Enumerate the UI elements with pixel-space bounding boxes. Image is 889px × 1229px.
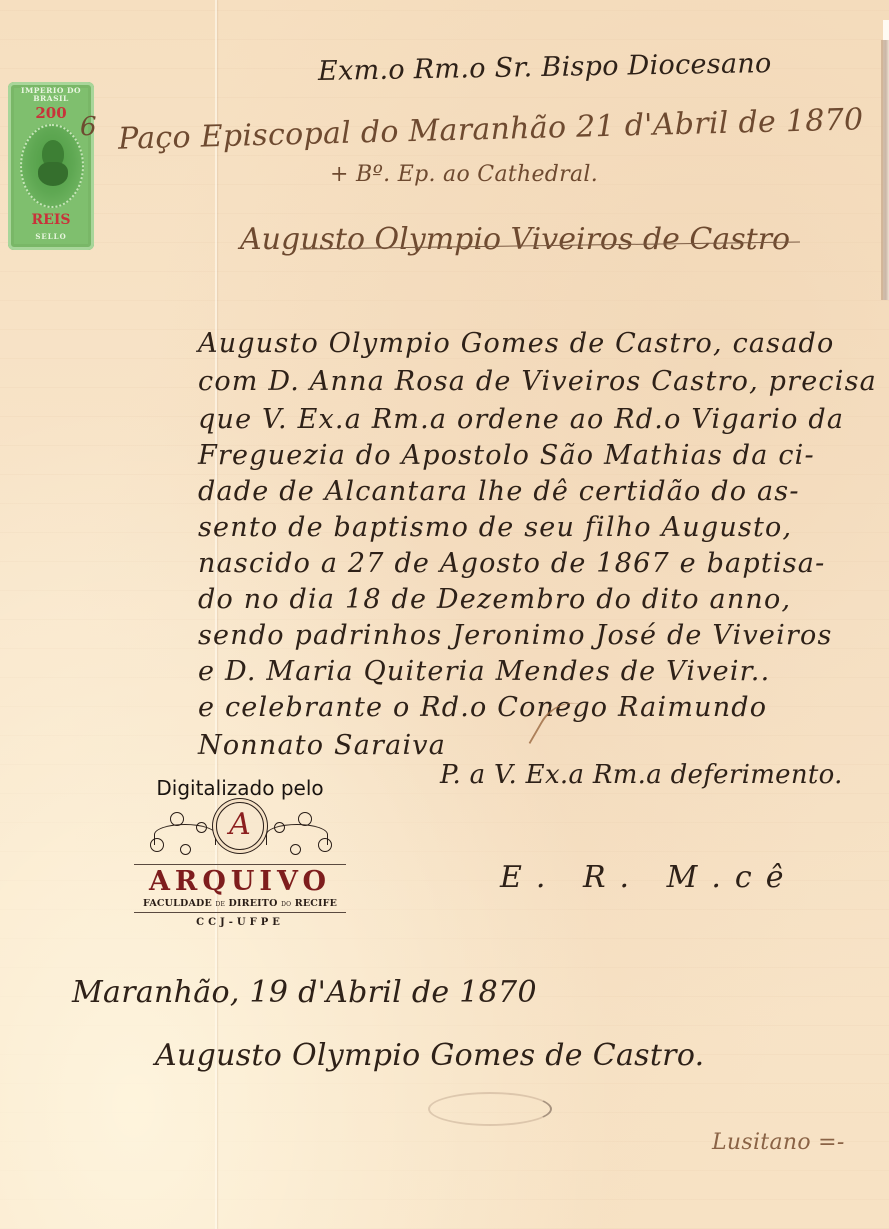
despatch-line-1: Paço Episcopal do Maranhão 21 d'Abril de… [118, 102, 864, 157]
swirl-ornament [298, 812, 312, 826]
emblem-circle: A [216, 802, 264, 850]
subtitle-word: FACULDADE [143, 898, 212, 909]
swirl-ornament [170, 812, 184, 826]
swirl-ornament [318, 838, 332, 852]
page-edge-shadow [881, 40, 889, 300]
body-line: sento de baptismo de seu filho Augusto, [198, 512, 792, 543]
body-line: e D. Maria Quiteria Mendes de Viveir.. [198, 656, 770, 687]
swirl-ornament [150, 838, 164, 852]
body-line: Freguezia do Apostolo São Mathias da ci- [198, 440, 815, 471]
portrait-beard [38, 162, 68, 186]
petitioner-heading: Augusto Olympio Viveiros de Castro [240, 222, 790, 257]
stamp-currency: REIS [8, 212, 94, 228]
closing-request: P. a V. Ex.a Rm.a deferimento. [440, 760, 843, 790]
watermark-rule-bottom [134, 912, 346, 913]
petitioner-signature: Augusto Olympio Gomes de Castro. [155, 1038, 705, 1073]
body-line: nascido a 27 de Agosto de 1867 e baptisa… [198, 548, 825, 579]
document-page: IMPERIO DO BRASIL 200 REIS SELLO Exm.o R… [0, 0, 889, 1229]
paper-stain [428, 1092, 552, 1126]
emperor-portrait-icon [20, 124, 84, 208]
clerk-signature: Lusitano =- [712, 1130, 845, 1155]
stamp-bottom-text: SELLO [8, 232, 94, 241]
body-line: Nonnato Saraiva [198, 730, 446, 761]
archive-watermark: Digitalizado pelo A ARQUIVO FACULDADE DE… [128, 770, 352, 940]
swirl-ornament [196, 822, 207, 833]
body-line: Augusto Olympio Gomes de Castro, casado [198, 328, 834, 359]
place-date: Maranhão, 19 d'Abril de 1870 [72, 975, 537, 1010]
watermark-title: Digitalizado pelo [128, 776, 352, 800]
subtitle-word: RECIFE [295, 898, 337, 909]
swirl-ornament [290, 844, 301, 855]
archive-emblem-icon: A [140, 802, 340, 864]
despatch-line-2: + Bº. Ep. ao Cathedral. [330, 162, 598, 187]
body-line: e celebrante o Rd.o Conego Raimundo [198, 692, 767, 723]
institution-label: CCJ-UFPE [128, 917, 352, 928]
watermark-rule-top [134, 864, 346, 865]
subtitle-word: DO [281, 901, 291, 908]
archive-name: ARQUIVO [128, 867, 352, 897]
subtitle-word: DIREITO [229, 898, 278, 909]
emblem-letter: A [217, 807, 263, 843]
body-line: dade de Alcantara lhe dê certidão do as- [198, 476, 800, 507]
swirl-ornament [180, 844, 191, 855]
subtitle-word: DE [215, 901, 225, 908]
revenue-stamp: IMPERIO DO BRASIL 200 REIS SELLO [8, 82, 94, 250]
closing-formula: E. R. M.cê [500, 860, 797, 895]
body-line: sendo padrinhos Jeronimo José de Viveiro… [198, 620, 833, 651]
swirl-ornament [274, 822, 285, 833]
archive-subtitle: FACULDADE DE DIREITO DO RECIFE [128, 897, 352, 912]
body-line: que V. Ex.a Rm.a ordene ao Rd.o Vigario … [198, 404, 844, 435]
stamp-annotation: 6 [80, 112, 97, 142]
stamp-top-text: IMPERIO DO BRASIL [8, 87, 94, 103]
body-line: com D. Anna Rosa de Viveiros Castro, pre… [198, 366, 877, 397]
addressee-line: Exm.o Rm.o Sr. Bispo Diocesano [318, 48, 772, 87]
body-line: do no dia 18 de Dezembro do dito anno, [198, 584, 791, 615]
